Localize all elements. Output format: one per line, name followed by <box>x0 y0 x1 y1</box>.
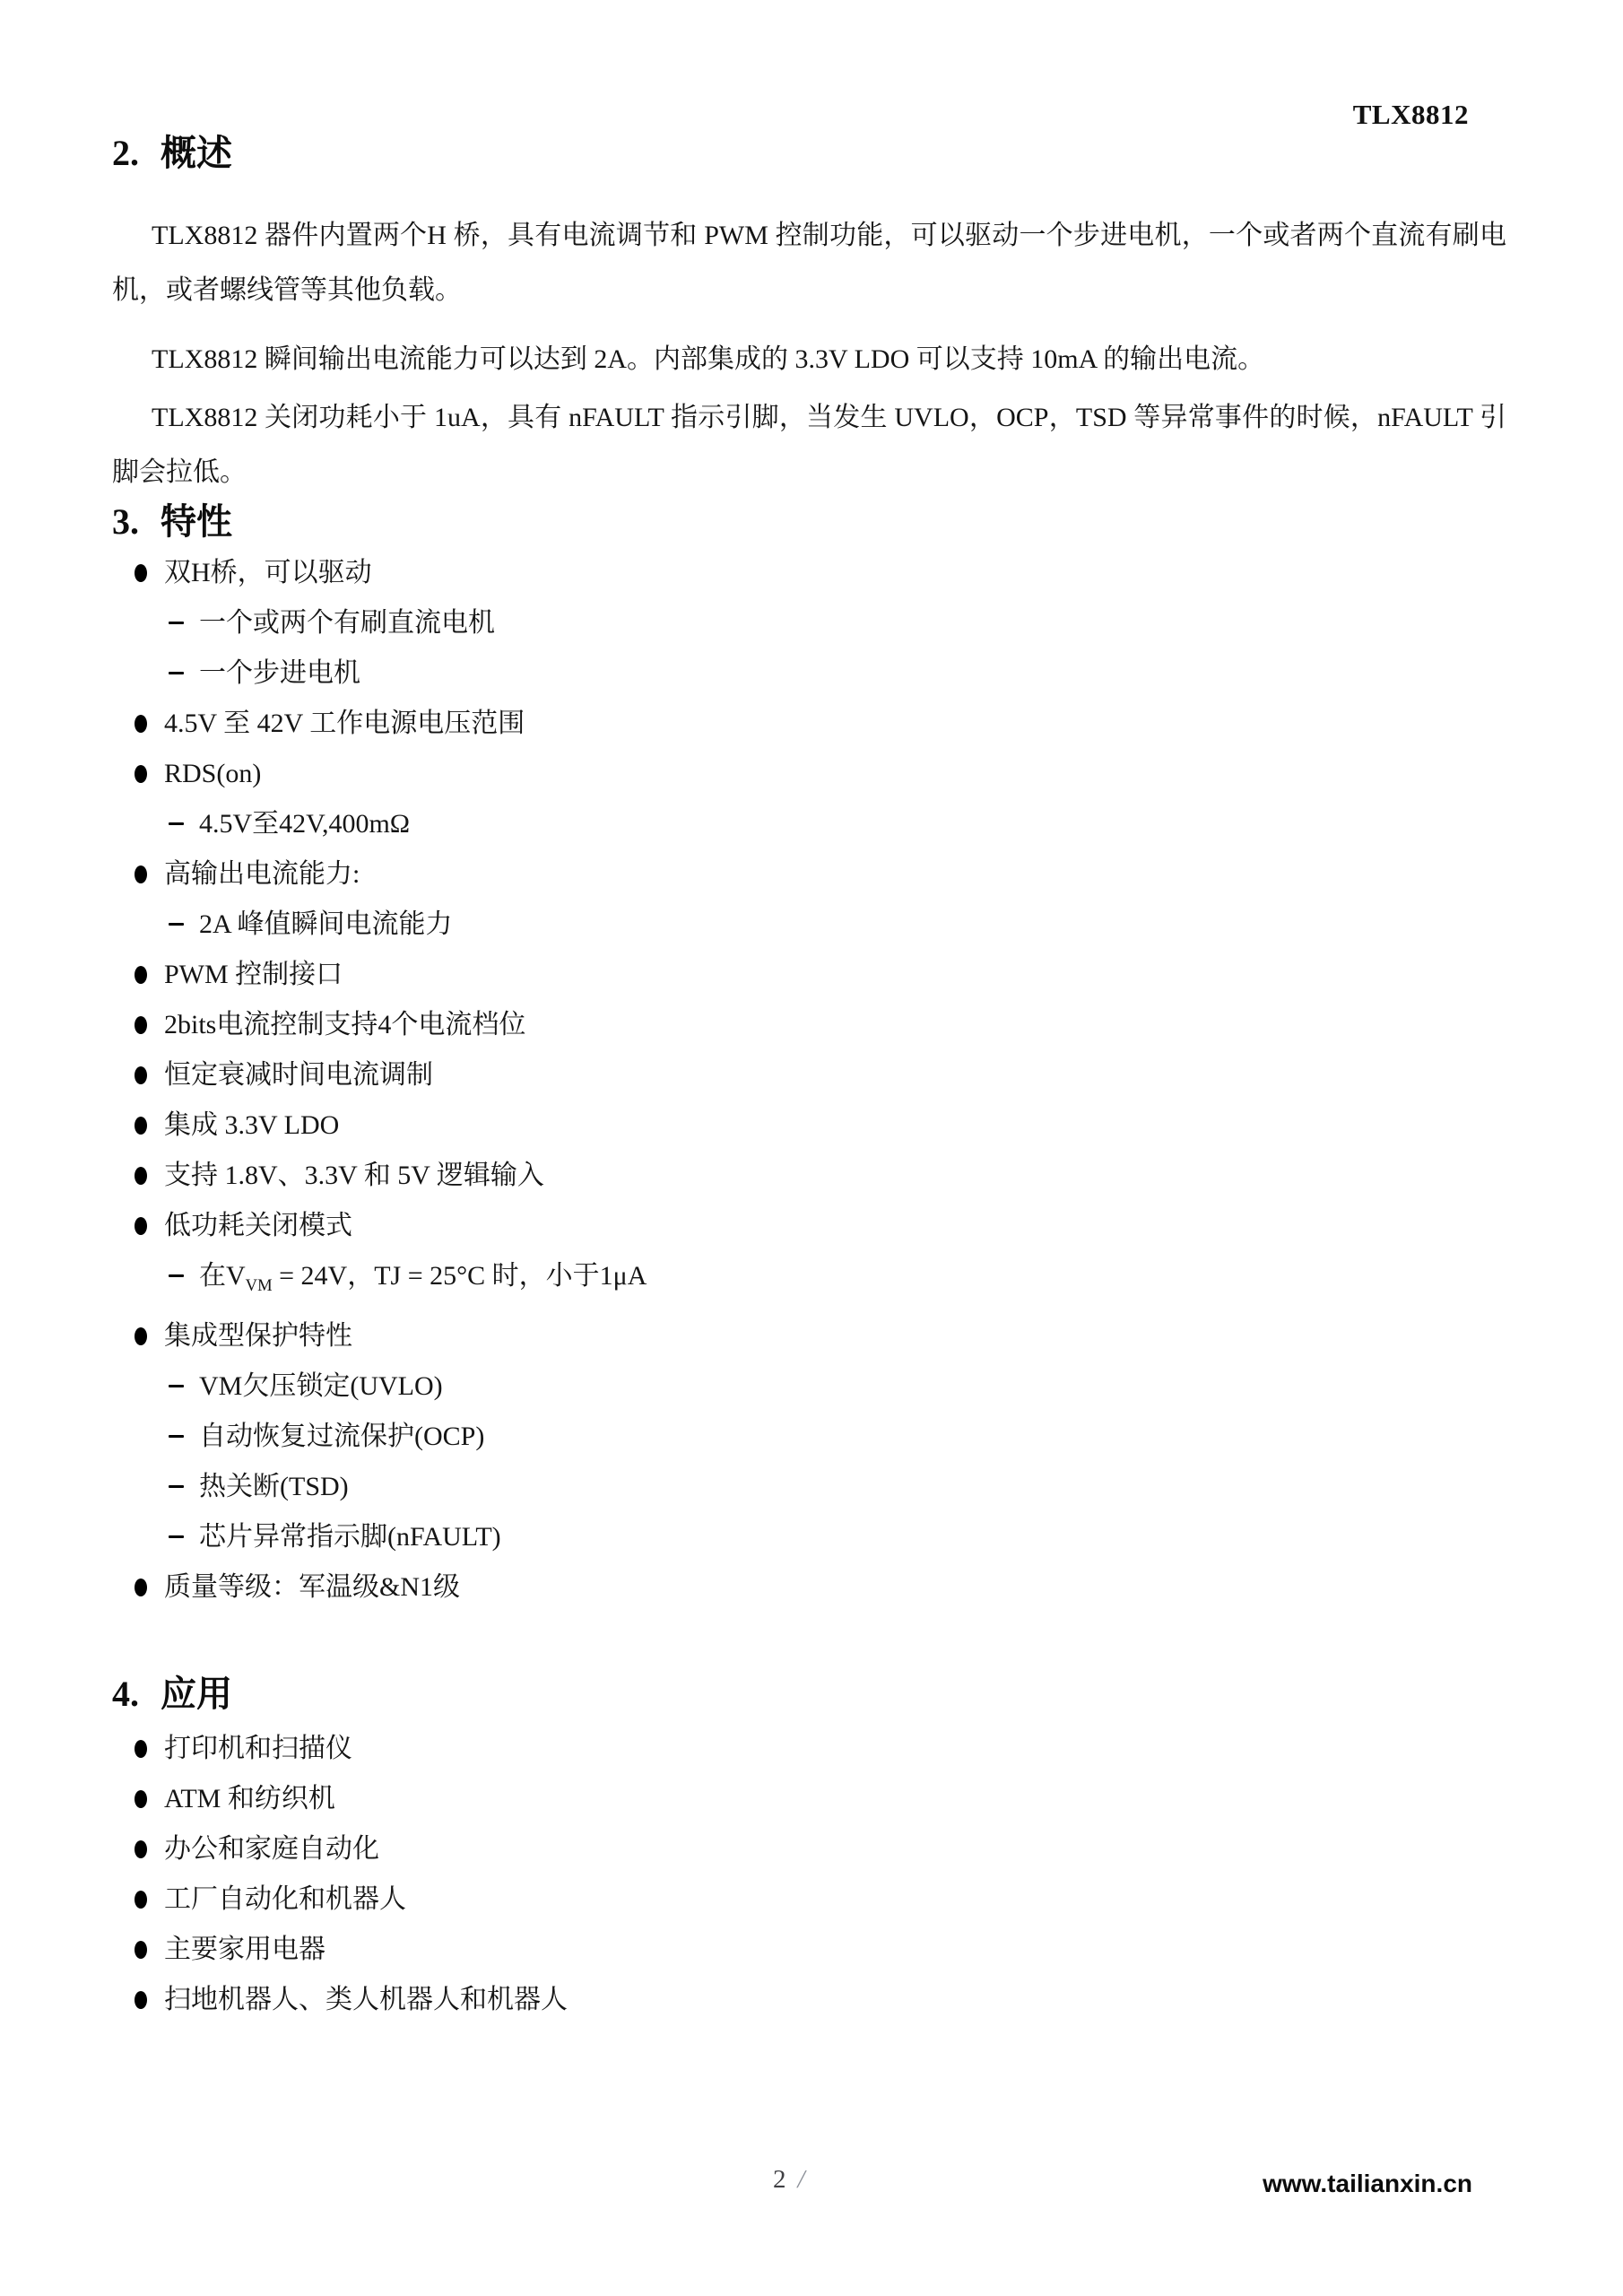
applications-list: 打印机和扫描仪ATM 和纺织机办公和家庭自动化工厂自动化和机器人主要家用电器扫地… <box>112 1733 1506 2016</box>
application-item: 扫地机器人、类人机器人和机器人 <box>112 1984 1506 2016</box>
list-item-text: 一个或两个有刷直流电机 <box>199 608 495 638</box>
feature-subitem: 2A 峰值瞬间电流能力 <box>112 909 1506 941</box>
list-item-text: 一个步进电机 <box>199 658 360 688</box>
features-list: 双H桥，可以驱动一个或两个有刷直流电机一个步进电机4.5V 至 42V 工作电源… <box>112 557 1506 1604</box>
list-item-text: 扫地机器人、类人机器人和机器人 <box>164 1985 568 2014</box>
list-item-text: 双H桥，可以驱动 <box>164 558 372 587</box>
feature-subitem: 一个步进电机 <box>112 657 1506 690</box>
list-item-text: 集成 3.3V LDO <box>164 1110 339 1140</box>
overview-paragraph: TLX8812 关闭功耗小于 1uA，具有 nFAULT 指示引脚，当发生 UV… <box>112 390 1506 500</box>
page-number-separator: / <box>798 2165 805 2194</box>
list-item-text: ATM 和纺织机 <box>164 1784 335 1813</box>
dash-icon <box>169 1385 184 1387</box>
bullet-dot-icon <box>135 1941 147 1959</box>
list-item-text: RDS(on) <box>164 759 261 788</box>
feature-item: 2bits电流控制支持4个电流档位 <box>112 1009 1506 1041</box>
bullet-dot-icon <box>135 765 147 783</box>
application-item: 打印机和扫描仪 <box>112 1733 1506 1765</box>
list-item-text: 主要家用电器 <box>164 1935 325 1964</box>
section-number: 4. <box>112 1674 139 1714</box>
feature-item: RDS(on) <box>112 758 1506 790</box>
application-item: 工厂自动化和机器人 <box>112 1883 1506 1916</box>
list-item-text: 自动恢复过流保护(OCP) <box>199 1422 484 1451</box>
bullet-dot-icon <box>135 1790 147 1808</box>
list-item-text: 低功耗关闭模式 <box>164 1211 352 1240</box>
list-item-text: 办公和家庭自动化 <box>164 1834 379 1864</box>
feature-item: 高输出电流能力: <box>112 858 1506 891</box>
bullet-dot-icon <box>135 564 147 582</box>
feature-item: 双H桥，可以驱动 <box>112 557 1506 589</box>
feature-item: 集成型保护特性 <box>112 1320 1506 1352</box>
feature-item: 低功耗关闭模式 <box>112 1210 1506 1242</box>
bullet-dot-icon <box>135 1217 147 1235</box>
list-item-text: 2bits电流控制支持4个电流档位 <box>164 1010 525 1039</box>
feature-item: 质量等级：军温级&N1级 <box>112 1571 1506 1604</box>
feature-item: 集成 3.3V LDO <box>112 1109 1506 1142</box>
bullet-dot-icon <box>135 1167 147 1185</box>
feature-subitem: 热关断(TSD) <box>112 1471 1506 1503</box>
section-heading-overview: 2.概述 <box>112 131 1506 176</box>
dash-icon <box>169 622 184 624</box>
feature-item: 4.5V 至 42V 工作电源电压范围 <box>112 708 1506 740</box>
application-item: 办公和家庭自动化 <box>112 1833 1506 1865</box>
bullet-dot-icon <box>135 1327 147 1345</box>
list-item-text: 芯片异常指示脚(nFAULT) <box>199 1522 501 1552</box>
dash-icon <box>169 822 184 825</box>
bullet-dot-icon <box>135 1578 147 1596</box>
section-title: 特性 <box>161 501 232 542</box>
feature-subitem: 自动恢复过流保护(OCP) <box>112 1421 1506 1453</box>
bullet-dot-icon <box>135 1840 147 1858</box>
dash-icon <box>169 1535 184 1538</box>
feature-subitem: 在VVM = 24V，TJ = 25°C 时，小于1μA <box>112 1260 1506 1302</box>
feature-subitem: VM欠压锁定(UVLO) <box>112 1370 1506 1403</box>
page-content: 2.概述 TLX8812 器件内置两个H 桥，具有电流调节和 PWM 控制功能，… <box>112 131 1506 2034</box>
list-item-text: 工厂自动化和机器人 <box>164 1884 406 1914</box>
section-title: 应用 <box>161 1674 232 1714</box>
list-item-text: 热关断(TSD) <box>199 1472 349 1501</box>
section-heading-applications: 4.应用 <box>112 1672 1506 1717</box>
section-title: 概述 <box>161 133 232 173</box>
list-item-text: 4.5V 至 42V 工作电源电压范围 <box>164 709 525 738</box>
bullet-dot-icon <box>135 1891 147 1909</box>
feature-subitem: 一个或两个有刷直流电机 <box>112 607 1506 639</box>
application-item: 主要家用电器 <box>112 1934 1506 1966</box>
bullet-dot-icon <box>135 715 147 733</box>
page-number: 2/ <box>773 2165 805 2195</box>
list-item-text: 在VVM = 24V，TJ = 25°C 时，小于1μA <box>199 1261 647 1291</box>
list-item-text: PWM 控制接口 <box>164 960 343 989</box>
list-item-text: 集成型保护特性 <box>164 1321 352 1351</box>
feature-item: 恒定衰减时间电流调制 <box>112 1059 1506 1091</box>
bullet-dot-icon <box>135 865 147 883</box>
section-heading-features: 3.特性 <box>112 500 1506 544</box>
page-number-value: 2 <box>773 2165 786 2194</box>
dash-icon <box>169 1485 184 1488</box>
list-item-text: 支持 1.8V、3.3V 和 5V 逻辑输入 <box>164 1161 544 1190</box>
list-item-text: 打印机和扫描仪 <box>164 1734 352 1763</box>
bullet-dot-icon <box>135 1991 147 2009</box>
feature-subitem: 4.5V至42V,400mΩ <box>112 808 1506 840</box>
website-url: www.tailianxin.cn <box>1263 2170 1472 2198</box>
application-item: ATM 和纺织机 <box>112 1783 1506 1815</box>
dash-icon <box>169 923 184 926</box>
dash-icon <box>169 1274 184 1277</box>
section-number: 2. <box>112 133 139 173</box>
bullet-dot-icon <box>135 1740 147 1758</box>
feature-item: PWM 控制接口 <box>112 959 1506 991</box>
bullet-dot-icon <box>135 1117 147 1135</box>
document-code: TLX8812 <box>1353 99 1469 131</box>
dash-icon <box>169 1435 184 1438</box>
bullet-dot-icon <box>135 966 147 984</box>
feature-item: 支持 1.8V、3.3V 和 5V 逻辑输入 <box>112 1160 1506 1192</box>
dash-icon <box>169 672 184 674</box>
list-item-text: 2A 峰值瞬间电流能力 <box>199 909 453 939</box>
list-item-text: 高输出电流能力: <box>164 859 360 889</box>
feature-subitem: 芯片异常指示脚(nFAULT) <box>112 1521 1506 1553</box>
overview-paragraph: TLX8812 瞬间输出电流能力可以达到 2A。内部集成的 3.3V LDO 可… <box>112 332 1506 387</box>
list-item-text: 质量等级：军温级&N1级 <box>164 1572 460 1602</box>
list-item-text: VM欠压锁定(UVLO) <box>199 1371 443 1401</box>
overview-paragraph: TLX8812 器件内置两个H 桥，具有电流调节和 PWM 控制功能，可以驱动一… <box>112 208 1506 317</box>
bullet-dot-icon <box>135 1066 147 1084</box>
list-item-text: 4.5V至42V,400mΩ <box>199 809 410 839</box>
list-item-text: 恒定衰减时间电流调制 <box>164 1060 433 1090</box>
bullet-dot-icon <box>135 1016 147 1034</box>
section-number: 3. <box>112 501 139 542</box>
